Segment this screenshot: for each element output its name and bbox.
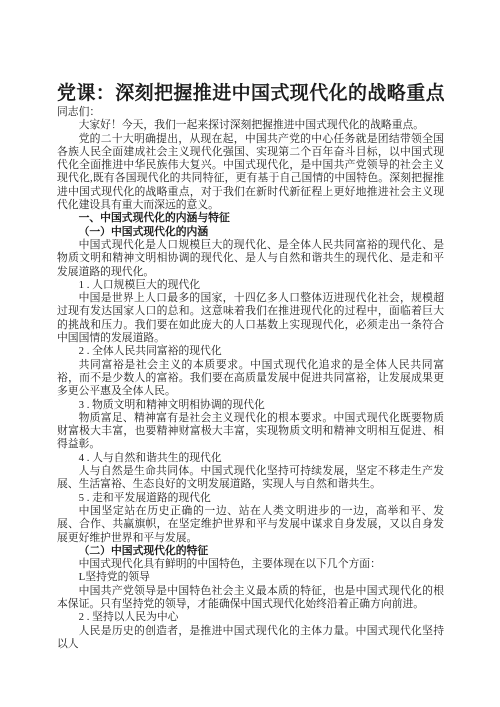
body-paragraph: 中国坚定站在历史正确的一边、站在人类文明进步的一边，高举和平、发展、合作、共赢旗… (57, 505, 444, 545)
body-paragraph: 大家好！今天，我们一起来探讨深刻把握推进中国式现代化的战略重点。 (57, 119, 444, 132)
numbered-item-heading: 3 . 物质文明和精神文明相协调的现代化 (57, 399, 444, 412)
body-paragraph: 中国是世界上人口最多的国家，十四亿多人口整体迈进现代化社会，规模超过现有发达国家… (57, 292, 444, 345)
numbered-item-heading: 1 . 人口规模巨大的现代化 (57, 279, 444, 292)
subsection-heading: （一）中国式现代化的内涵 (57, 226, 444, 239)
body-paragraph: 中国共产党领导是中国特色社会主义最本质的特征，也是中国式现代化的根本保证。只有坚… (57, 585, 444, 612)
body-paragraph: 中国式现代化具有鲜明的中国特色，主要体现在以下几个方面： (57, 558, 444, 571)
numbered-item-heading: 5 . 走和平发展道路的现代化 (57, 492, 444, 505)
numbered-item-heading: 2 . 坚持以人民为中心 (57, 611, 444, 624)
document-body: 党课：深刻把握推进中国式现代化的战略重点 同志们： 大家好！今天，我们一起来探讨… (57, 83, 444, 651)
body-paragraph: 共同富裕是社会主义的本质要求。中国式现代化追求的是全体人民共同富裕，而不是少数人… (57, 359, 444, 399)
salutation: 同志们： (57, 106, 444, 119)
body-paragraph: 人与自然是生命共同体。中国式现代化坚持可持续发展，坚定不移走生产发展、生活富裕、… (57, 465, 444, 492)
section-heading: 一、中国式现代化的内涵与特征 (57, 212, 444, 225)
body-paragraph: 党的二十大明确提出，从现在起，中国共产党的中心任务就是团结带领全国各族人民全面建… (57, 133, 444, 213)
numbered-item-heading: 4 . 人与自然和谐共生的现代化 (57, 452, 444, 465)
numbered-item-heading: L坚持党的领导 (57, 571, 444, 584)
document-title: 党课：深刻把握推进中国式现代化的战略重点 (57, 83, 444, 104)
document-page: 党课：深刻把握推进中国式现代化的战略重点 同志们： 大家好！今天，我们一起来探讨… (0, 0, 500, 707)
numbered-item-heading: 2 . 全体人民共同富裕的现代化 (57, 345, 444, 358)
body-paragraph: 中国式现代化是人口规模巨大的现代化、是全体人民共同富裕的现代化、是物质文明和精神… (57, 239, 444, 279)
subsection-heading: （二）中国式现代化的特征 (57, 545, 444, 558)
body-paragraph: 人民是历史的创造者，是推进中国式现代化的主体力量。中国式现代化坚持以人 (57, 625, 444, 652)
body-paragraph: 物质富足、精神富有是社会主义现代化的根本要求。中国式现代化既要物质财富极大丰富，… (57, 412, 444, 452)
